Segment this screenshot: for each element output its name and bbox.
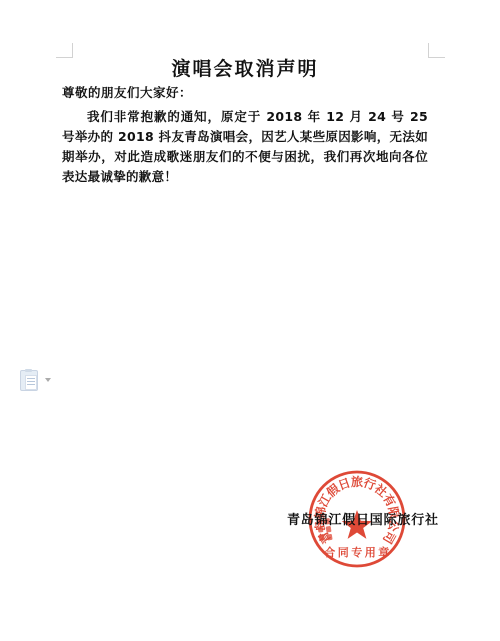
crop-mark-top-right [428,43,429,58]
document-page: 演唱会取消声明 尊敬的朋友们大家好： 我们非常抱歉的通知，原定于 2018 年 … [0,0,500,641]
greeting-line: 尊敬的朋友们大家好： [62,83,428,101]
paste-options-button[interactable] [20,367,56,393]
document-title: 演唱会取消声明 [62,54,428,81]
crop-mark-top-right [428,57,445,58]
body-paragraph: 我们非常抱歉的通知，原定于 2018 年 12 月 24 号 25 号举办的 2… [62,107,428,187]
stamp-ring-char: 旅 [351,474,363,489]
paste-options-icon [20,370,38,391]
chevron-down-icon[interactable] [45,378,51,382]
stamp-bottom-label: 合同专用章 [324,545,392,559]
signature-line: 青岛锦江假日国际旅行社 [287,509,439,528]
